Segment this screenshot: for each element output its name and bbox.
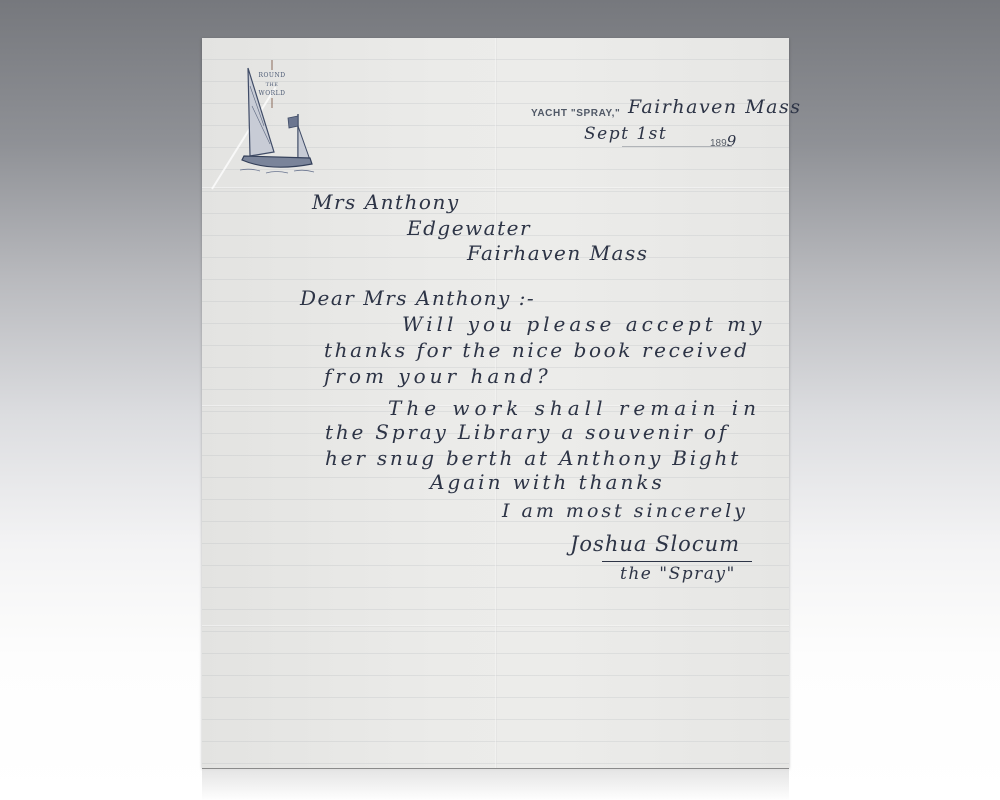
body-line-5: the Spray Library a souvenir of [325,420,729,444]
letterhead-heading: YACHT "SPRAY," [531,108,620,119]
body-line-7: Again with thanks [430,470,665,494]
sailing-yacht-icon: ROUND THE WORLD [240,56,320,176]
signature: Joshua Slocum [570,532,740,556]
body-line-6: her snug berth at Anthony Bight [325,446,741,470]
paper-reflection [202,768,789,800]
body-line-4: The work shall remain in [388,396,761,420]
letter-paper: ROUND THE WORLD YACHT "SPRAY," Fairhaven… [202,38,789,768]
signature-title: the "Spray" [620,564,736,584]
recipient-name: Mrs Anthony [312,190,460,214]
recipient-city: Fairhaven Mass [467,241,649,265]
year-digit: 9 [727,132,738,150]
emblem-text-round: ROUND [252,72,292,79]
heading-date: Sept 1st [584,124,667,144]
printed-year-prefix: 189 [710,138,727,149]
closing: I am most sincerely [502,500,748,522]
body-line-3: from your hand? [324,364,552,388]
signature-underline [602,561,752,562]
recipient-street: Edgewater [407,216,531,240]
body-line-2: thanks for the nice book received [324,338,750,362]
body-line-1: Will you please accept my [402,312,765,336]
salutation: Dear Mrs Anthony :- [300,286,535,310]
emblem-text-the: THE [252,82,292,88]
heading-place: Fairhaven Mass [628,96,801,118]
emblem-text-world: WORLD [252,90,292,97]
printed-year: 1899 [710,132,738,150]
